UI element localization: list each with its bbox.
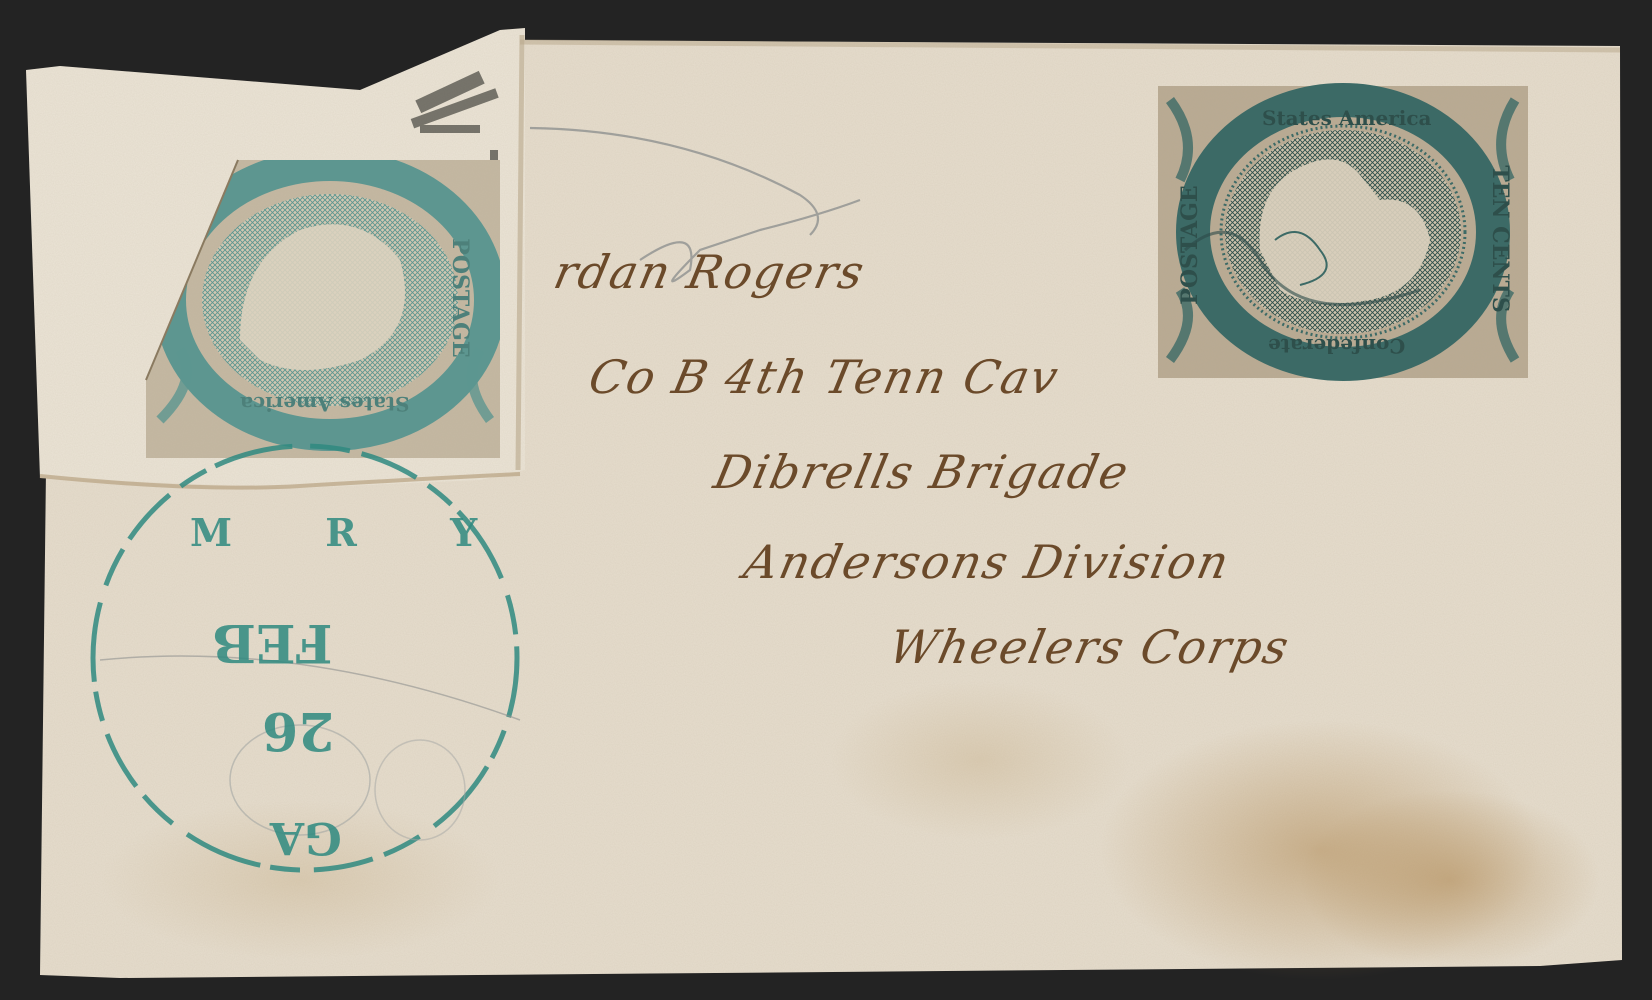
- stamp-top-text: States America: [1262, 106, 1432, 130]
- postmark-day: 26: [262, 700, 334, 761]
- bisect-right-text: POSTAGE: [447, 218, 473, 378]
- envelope-illustration: [0, 0, 1652, 1000]
- postmark-ring-text: M R Y: [190, 510, 517, 555]
- address-line-name: rdan Rogers: [549, 245, 870, 299]
- postmark-bottom: GA: [270, 812, 342, 863]
- address-line-corps: Wheelers Corps: [884, 620, 1295, 674]
- address-line-division: Andersons Division: [739, 535, 1235, 589]
- stamp-bottom-text: Confederate: [1268, 334, 1405, 358]
- bisect-bottom-text: States America: [240, 392, 410, 416]
- address-line-company: Co B 4th Tenn Cav: [584, 350, 1064, 404]
- stamp-right-text: TEN CENTS: [1487, 159, 1513, 319]
- stamp-left-text: POSTAGE: [1177, 175, 1203, 315]
- address-line-brigade: Dibrells Brigade: [709, 445, 1134, 499]
- postmark-month: FEB: [212, 612, 333, 673]
- envelope-photo: States America POSTAGE TEN CENTS Confede…: [0, 0, 1652, 1000]
